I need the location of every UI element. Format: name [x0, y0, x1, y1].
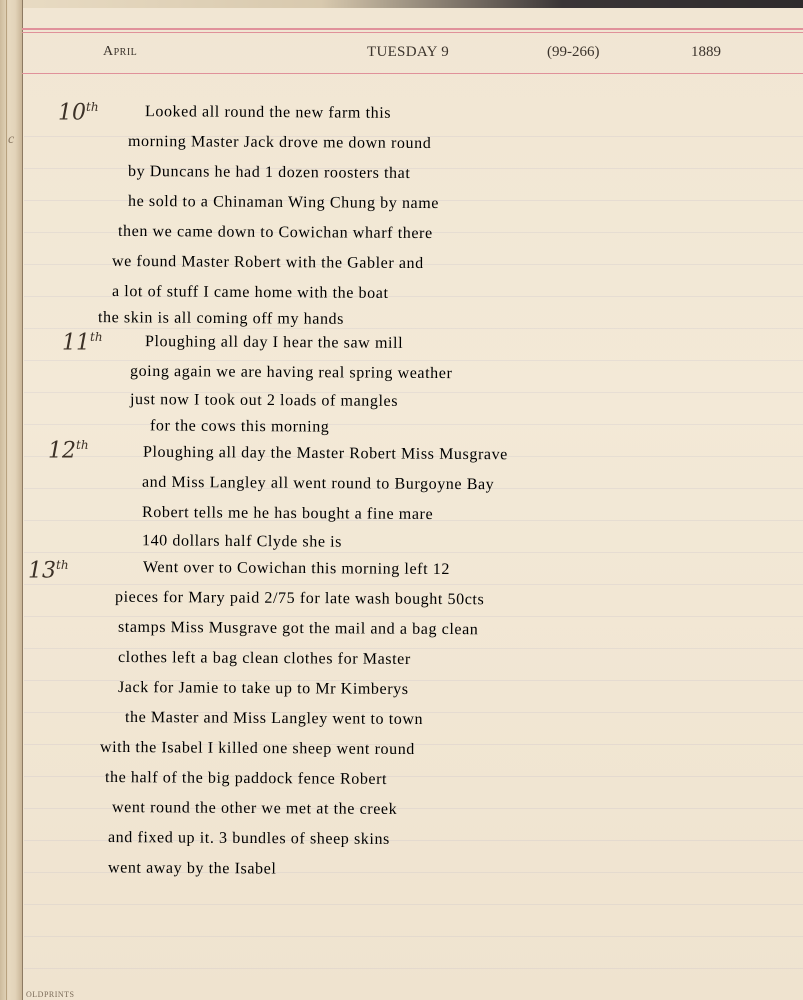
entry-line: Jack for Jamie to take up to Mr Kimberys: [118, 679, 409, 699]
entry-line: we found Master Robert with the Gabler a…: [112, 253, 424, 273]
entry-line: clothes left a bag clean clothes for Mas…: [118, 649, 411, 669]
book-binding: [0, 0, 23, 1000]
page-header: April TUESDAY 9 (99-266) 1889: [0, 44, 803, 66]
header-weekday-date: TUESDAY 9: [367, 44, 449, 61]
margin-mark: c: [8, 132, 14, 148]
diary-page: April TUESDAY 9 (99-266) 1889 c 10th Loo…: [0, 0, 803, 1000]
entry-line: went away by the Isabel: [108, 859, 277, 878]
entry-line: the skin is all coming off my hands: [98, 309, 344, 329]
entry-line: the half of the big paddock fence Robert: [105, 769, 387, 789]
entry-line: he sold to a Chinaman Wing Chung by name: [128, 193, 439, 213]
entry-line: Ploughing all day the Master Robert Miss…: [143, 444, 508, 465]
entry-line: Ploughing all day I hear the saw mill: [145, 333, 403, 353]
entry-date-10: 10th: [58, 100, 99, 125]
entry-line: for the cows this morning: [150, 417, 330, 436]
entry-date-12: 12th: [48, 438, 89, 463]
header-rule-top-2: [22, 32, 803, 33]
entry-line: going again we are having real spring we…: [130, 363, 453, 383]
entry-line: pieces for Mary paid 2/75 for late wash …: [115, 589, 484, 610]
footer-stamp: OLDPRINTS: [26, 990, 75, 999]
entry-line: Looked all round the new farm this: [145, 103, 391, 123]
entry-line: by Duncans he had 1 dozen roosters that: [128, 163, 411, 183]
entry-line: stamps Miss Musgrave got the mail and a …: [118, 619, 479, 640]
header-month: April: [103, 44, 137, 60]
entry-line: and fixed up it. 3 bundles of sheep skin…: [108, 829, 390, 849]
book-edge-shadow: [0, 0, 803, 8]
entry-line: went round the other we met at the creek: [112, 799, 397, 819]
entry-line: just now I took out 2 loads of mangles: [130, 391, 398, 411]
entry-date-11: 11th: [62, 330, 103, 355]
header-rule-top: [22, 28, 803, 30]
entry-line: with the Isabel I killed one sheep went …: [100, 739, 415, 759]
header-year: 1889: [691, 44, 721, 61]
margin-rule: [22, 0, 23, 1000]
entry-line: 140 dollars half Clyde she is: [142, 532, 342, 551]
entry-line: Robert tells me he has bought a fine mar…: [142, 504, 433, 524]
header-day-range: (99-266): [547, 44, 600, 61]
header-rule-bottom: [22, 73, 803, 74]
entry-line: morning Master Jack drove me down round: [128, 133, 431, 153]
entry-line: the Master and Miss Langley went to town: [125, 709, 423, 729]
entry-date-13: 13th: [28, 558, 69, 583]
entry-line: then we came down to Cowichan wharf ther…: [118, 223, 433, 243]
entry-line: a lot of stuff I came home with the boat: [112, 283, 389, 303]
entry-line: Went over to Cowichan this morning left …: [143, 559, 450, 579]
entry-line: and Miss Langley all went round to Burgo…: [142, 474, 494, 494]
